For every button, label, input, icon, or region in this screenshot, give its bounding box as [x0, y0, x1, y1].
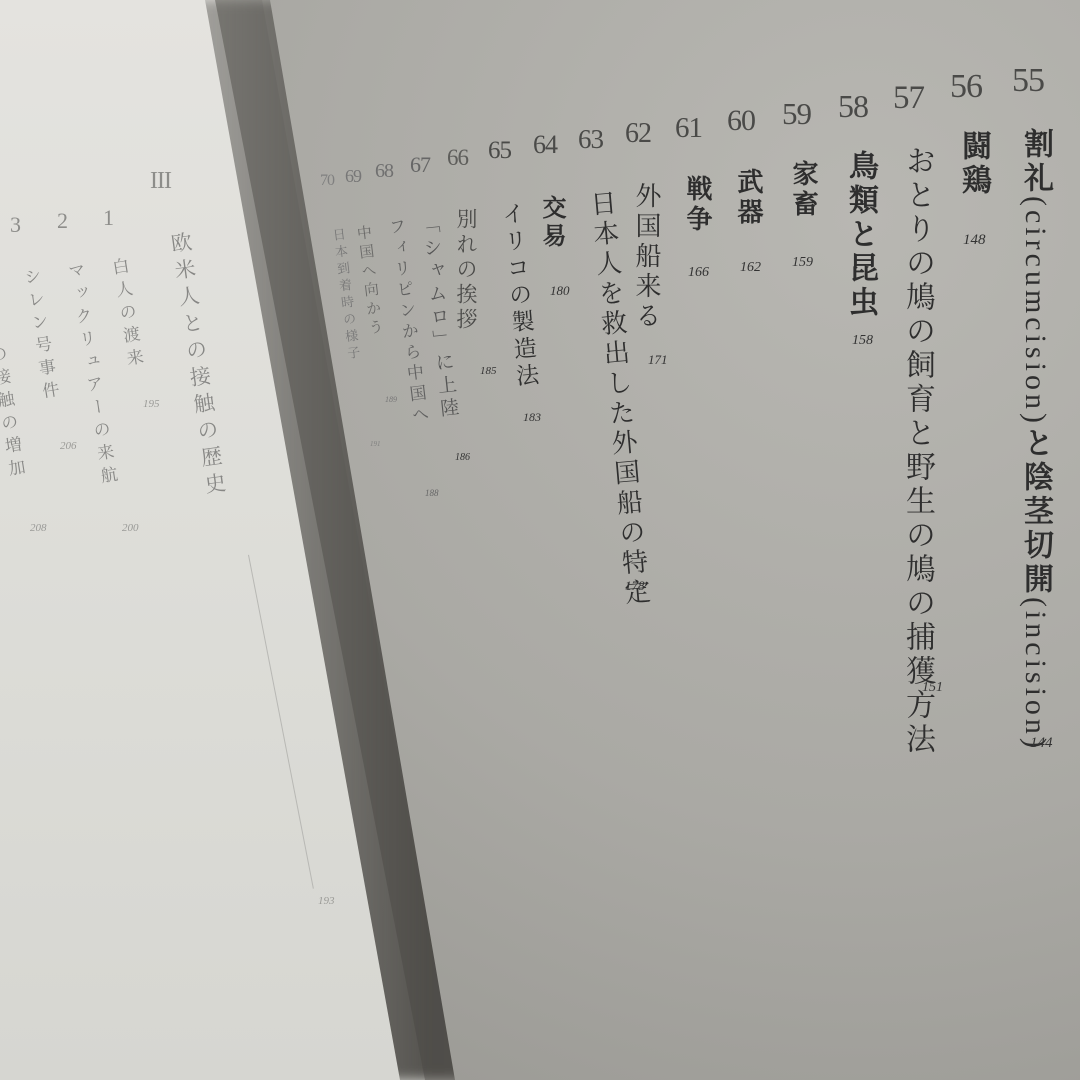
toc-entry-title: 闘鶏 — [958, 130, 988, 198]
entry-number: 67 — [410, 152, 430, 178]
entry-number: 60 — [727, 104, 755, 138]
toc-entry-title: 別れの挨拶 — [455, 208, 476, 333]
toc-entry-title: 戦争 — [684, 175, 710, 235]
toc-entry-title: 交易 — [540, 195, 564, 251]
toc-entry-page: 183 — [523, 410, 541, 425]
toc-entry-page: 171 — [648, 352, 668, 368]
toc-entry-title: 外国船来る — [633, 182, 659, 332]
entry-number: 55 — [1012, 62, 1044, 100]
entry-number: 61 — [675, 112, 702, 145]
toc-entry-page: 151 — [922, 680, 943, 696]
toc-entry-page: 195 — [143, 398, 160, 410]
toc-entry-page: 200 — [122, 522, 139, 534]
part-numeral: III — [150, 168, 171, 195]
entry-number: 58 — [838, 88, 868, 125]
toc-entry-page: 208 — [30, 522, 47, 534]
entry-number: 2 — [57, 208, 67, 234]
entry-number: 62 — [625, 118, 651, 150]
toc-entry-page: 206 — [60, 440, 77, 452]
entry-number: 70 — [320, 172, 334, 190]
toc-entry-title: 家畜 — [790, 160, 816, 220]
toc-entry-page: 178 — [625, 578, 645, 594]
entry-number: 57 — [893, 80, 924, 117]
entry-number: 65 — [488, 137, 511, 165]
toc-entry-title: 武器 — [735, 168, 761, 228]
toc-entry-page: 166 — [688, 265, 709, 281]
toc-entry-page: 162 — [740, 260, 761, 276]
entry-number: 69 — [345, 166, 361, 187]
entry-number: 64 — [533, 130, 557, 160]
entry-number: 1 — [103, 205, 113, 231]
part-page: 193 — [318, 895, 335, 907]
entry-number: 56 — [950, 68, 982, 106]
entry-number: 68 — [375, 160, 393, 183]
toc-entry-page: 188 — [425, 488, 439, 498]
toc-entry-page: 148 — [963, 232, 986, 249]
toc-entry-page: 186 — [455, 452, 470, 463]
toc-entry-page: 191 — [370, 440, 381, 448]
toc-entry-title: 鳥類と昆虫 — [845, 150, 875, 320]
toc-entry-page: 180 — [550, 283, 570, 299]
toc-entry-page: 189 — [385, 395, 397, 404]
entry-number: 59 — [782, 96, 811, 132]
toc-entry-page: 159 — [792, 255, 813, 271]
entry-number: 3 — [10, 212, 20, 238]
toc-entry-page: 158 — [852, 333, 873, 349]
toc-entry-page: 185 — [480, 365, 497, 377]
toc-entry-title: 割礼(circumcision)と陰茎切開(incision) — [1020, 128, 1050, 752]
toc-entry-page: 144 — [1030, 735, 1053, 752]
toc-entry-title: おとりの鳩の飼育と野生の鳩の捕獲方法 — [902, 145, 932, 757]
entry-number: 63 — [578, 124, 603, 155]
entry-number: 66 — [447, 145, 468, 171]
